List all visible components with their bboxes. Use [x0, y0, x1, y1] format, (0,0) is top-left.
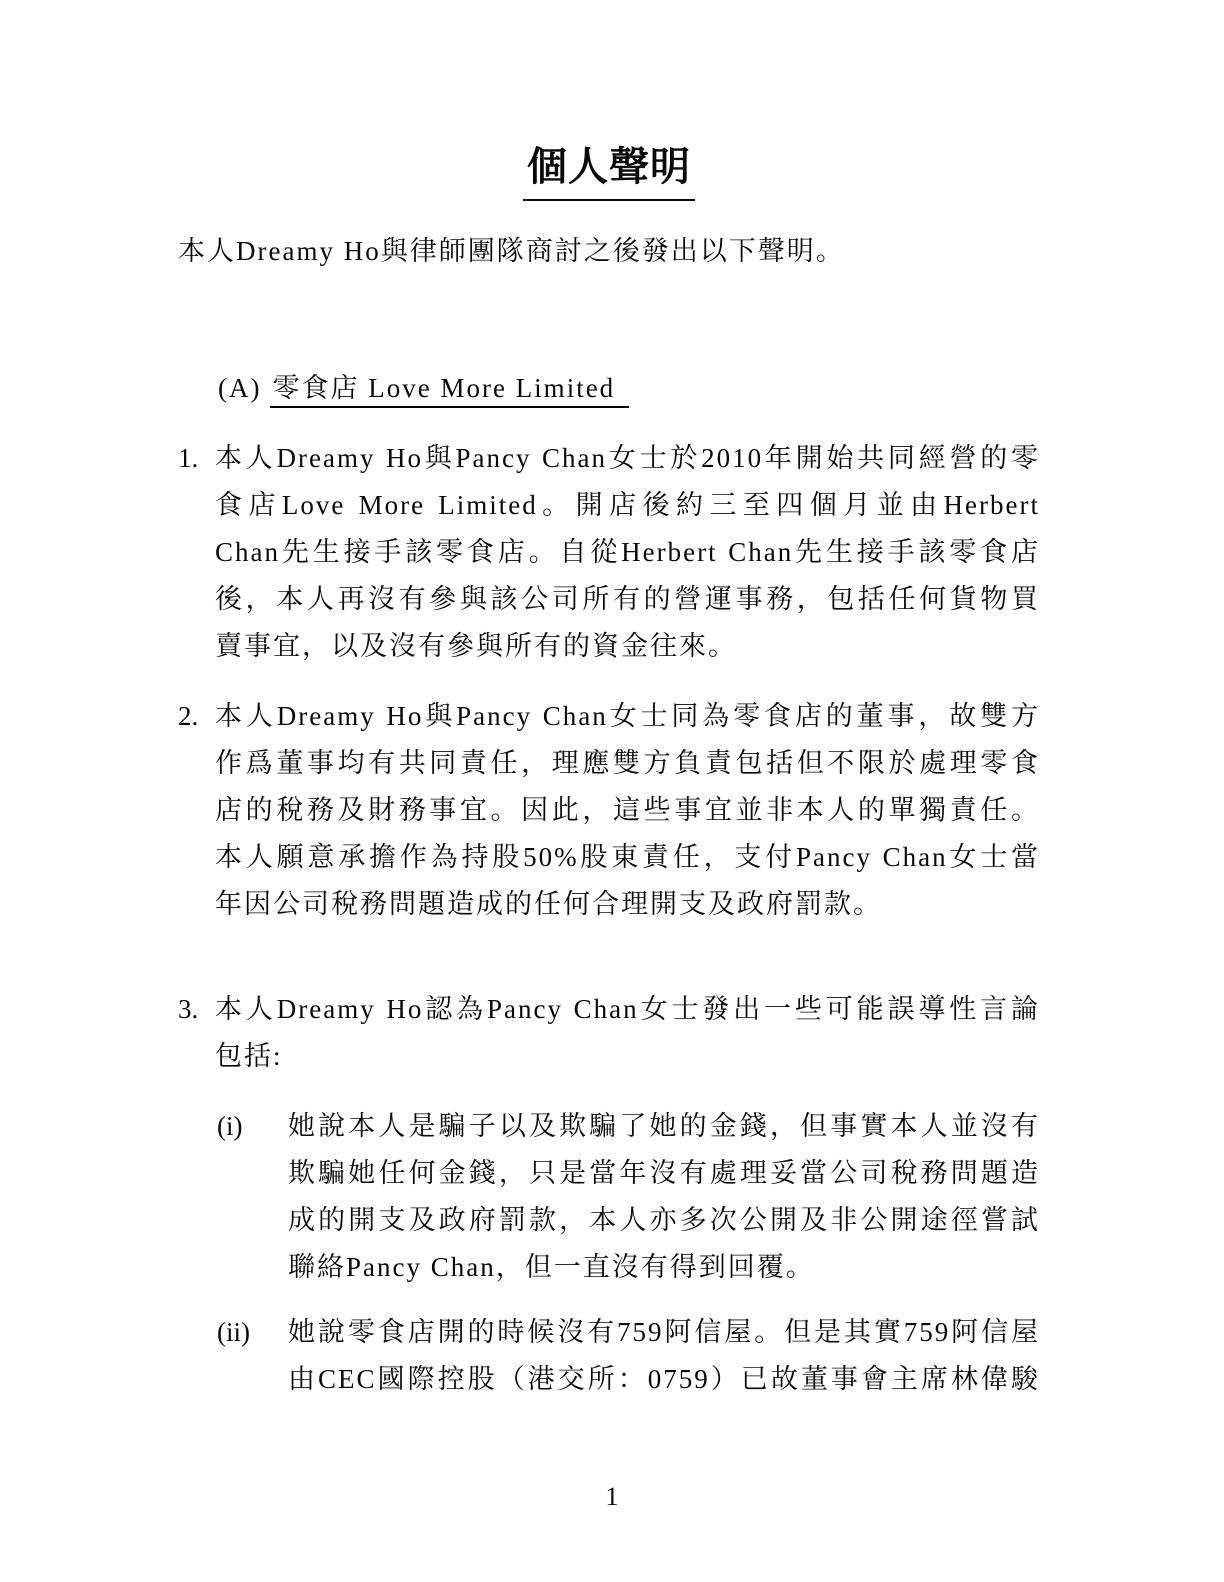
list-item-1-text: 本人Dreamy Ho與Pancy Chan女士於2010年開始共同經營的零食店…	[215, 435, 1040, 670]
text-line: 她說本人是騙子以及欺騙了她的金錢，但事實本人並沒有	[288, 1103, 1040, 1150]
sub-item-ii-marker: (ii)	[217, 1309, 288, 1403]
text-line: 本人Dreamy Ho認為Pancy Chan女士發出一些可能誤導性言論	[215, 986, 1040, 1033]
section-a-heading: (A)零食店 Love More Limited	[218, 365, 1040, 412]
sub-item-ii: (ii) 她說零食店開的時候沒有759阿信屋。但是其實759阿信屋由CEC國際控…	[217, 1309, 1040, 1403]
text-line: 店的稅務及財務事宜。因此，這些事宜並非本人的單獨責任。	[215, 787, 1040, 834]
document-page: 個人聲明 本人Dreamy Ho與律師團隊商討之後發出以下聲明。 (A)零食店 …	[0, 0, 1224, 1582]
text-line: 年因公司稅務問題造成的任何合理開支及政府罰款。	[215, 881, 1040, 928]
sub-item-ii-text: 她說零食店開的時候沒有759阿信屋。但是其實759阿信屋由CEC國際控股（港交所…	[288, 1309, 1040, 1403]
sub-item-i: (i) 她說本人是騙子以及欺騙了她的金錢，但事實本人並沒有欺騙她任何金錢，只是當…	[217, 1103, 1040, 1291]
sub-item-i-marker: (i)	[217, 1103, 288, 1291]
text-line: 包括:	[215, 1033, 1040, 1080]
list-item-1-marker: 1.	[178, 435, 215, 670]
text-line: 由CEC國際控股（港交所：0759）已故董事會主席林偉駿	[288, 1356, 1040, 1403]
document-title: 個人聲明	[178, 140, 1040, 201]
intro-paragraph: 本人Dreamy Ho與律師團隊商討之後發出以下聲明。	[178, 228, 1040, 275]
text-line: Chan先生接手該零食店。自從Herbert Chan先生接手該零食店	[215, 529, 1040, 576]
list-item-1: 1. 本人Dreamy Ho與Pancy Chan女士於2010年開始共同經營的…	[178, 435, 1040, 670]
text-line: 賣事宜，以及沒有參與所有的資金往來。	[215, 623, 1040, 670]
text-line: 聯絡Pancy Chan，但一直沒有得到回覆。	[288, 1244, 1040, 1291]
list-item-3: 3. 本人Dreamy Ho認為Pancy Chan女士發出一些可能誤導性言論包…	[178, 986, 1040, 1080]
list-item-2-marker: 2.	[178, 693, 215, 928]
text-line: 食店Love More Limited。開店後約三至四個月並由Herbert	[215, 482, 1040, 529]
sub-item-i-text: 她說本人是騙子以及欺騙了她的金錢，但事實本人並沒有欺騙她任何金錢，只是當年沒有處…	[288, 1103, 1040, 1291]
section-a-heading-text: 零食店 Love More Limited	[270, 373, 629, 408]
text-line: 她說零食店開的時候沒有759阿信屋。但是其實759阿信屋	[288, 1309, 1040, 1356]
text-line: 本人Dreamy Ho與Pancy Chan女士同為零食店的董事，故雙方	[215, 693, 1040, 740]
list-item-2: 2. 本人Dreamy Ho與Pancy Chan女士同為零食店的董事，故雙方作…	[178, 693, 1040, 928]
list-item-3-marker: 3.	[178, 986, 215, 1080]
text-line: 本人願意承擔作為持股50%股東責任，支付Pancy Chan女士當	[215, 834, 1040, 881]
text-line: 作爲董事均有共同責任，理應雙方負責包括但不限於處理零食	[215, 740, 1040, 787]
document-title-text: 個人聲明	[523, 140, 695, 201]
text-line: 後，本人再沒有參與該公司所有的營運事務，包括任何貨物買	[215, 576, 1040, 623]
text-line: 欺騙她任何金錢，只是當年沒有處理妥當公司稅務問題造	[288, 1150, 1040, 1197]
text-line: 成的開支及政府罰款，本人亦多次公開及非公開途徑嘗試	[288, 1197, 1040, 1244]
document-body: 個人聲明 本人Dreamy Ho與律師團隊商討之後發出以下聲明。 (A)零食店 …	[0, 0, 1224, 1403]
section-a-marker: (A)	[218, 373, 261, 403]
list-item-3-text: 本人Dreamy Ho認為Pancy Chan女士發出一些可能誤導性言論包括:	[215, 986, 1040, 1080]
text-line: 本人Dreamy Ho與Pancy Chan女士於2010年開始共同經營的零	[215, 435, 1040, 482]
list-item-2-text: 本人Dreamy Ho與Pancy Chan女士同為零食店的董事，故雙方作爲董事…	[215, 693, 1040, 928]
page-number: 1	[0, 1482, 1224, 1512]
